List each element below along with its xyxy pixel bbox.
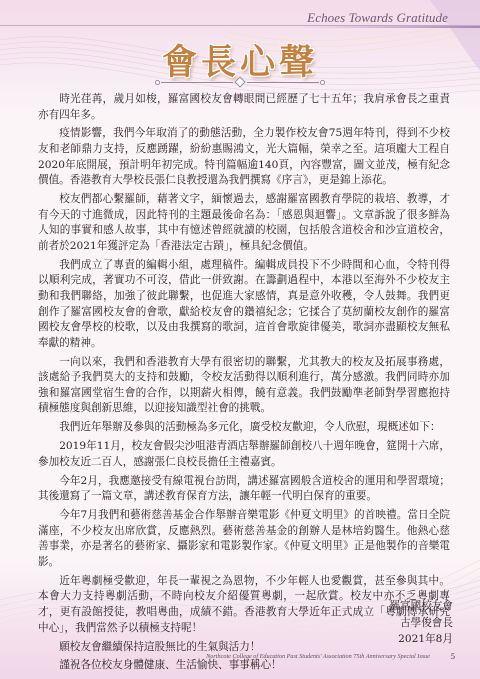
paragraph: 我們近年舉辦及參與的活動極為多元化，廣受校友歡迎，令人欣慰，現概述如下： (38, 420, 450, 436)
page-footer: Northcote College of Education Past Stud… (0, 650, 480, 668)
page-number: 5 (451, 651, 455, 661)
section-tagline: Echoes Towards Gratitude (307, 10, 448, 26)
divider-dot-icon (320, 80, 325, 85)
signature-name: 古學俊會長 (389, 615, 453, 632)
signature-date: 2021年8月 (389, 631, 453, 648)
paragraph: 時光荏苒，歲月如梭，羅富國校友會轉眼間已經歷了七十五年；我肩承會長之重責亦有四年… (38, 92, 450, 123)
paragraph: 校友們都心繫羅師，藉著文字，緬懷過去，感謝羅富國教育學院的栽培、教導，才有今天的… (38, 192, 450, 254)
paragraph: 今年7月我們和藝術慈善基金合作舉辦音樂電影《仲夏文明里》的首映禮。當日全院滿座，… (38, 508, 450, 570)
signature-block: 羅富國校友會 古學俊會長 2021年8月 (389, 598, 453, 648)
divider-line (161, 82, 233, 83)
divider-dot-icon (155, 80, 160, 85)
header-accent-line (300, 26, 480, 28)
signature-org: 羅富國校友會 (389, 598, 453, 615)
paragraph: 疫情影響，我們今年取消了的動態活動，全力製作校友會75週年特刊，得到不少校友和老… (38, 126, 450, 188)
paragraph: 一向以來，我們和香港教育大學有很密切的聯繫，尤其教大的校友及拓展事務處，該處給予… (38, 355, 450, 417)
divider-line (247, 82, 319, 83)
article-body: 時光荏苒，歲月如梭，羅富國校友會轉眼間已經歷了七十五年；我肩承會長之重責亦有四年… (38, 92, 450, 677)
paragraph: 近年粵劇極受歡迎，年長一輩視之為恩物，不少年輕人也愛觀賞，甚至參與其中。本會大力… (38, 574, 450, 636)
publication-title: Northcote College of Education Past Stud… (206, 653, 430, 660)
title-divider (155, 79, 325, 85)
paragraph: 2019年11月，校友會假尖沙咀港青酒店舉辦羅師創校八十週年晚會，筵開十六席，參… (38, 439, 450, 470)
paragraph: 我們成立了專責的編輯小組，處理稿件。編輯成員投下不少時間和心血，令特刊得以順利完… (38, 258, 450, 352)
paragraph: 今年2月，我應邀接受有線電視台訪問，講述羅富國般含道校舍的運用和學習環境；其後還… (38, 474, 450, 505)
